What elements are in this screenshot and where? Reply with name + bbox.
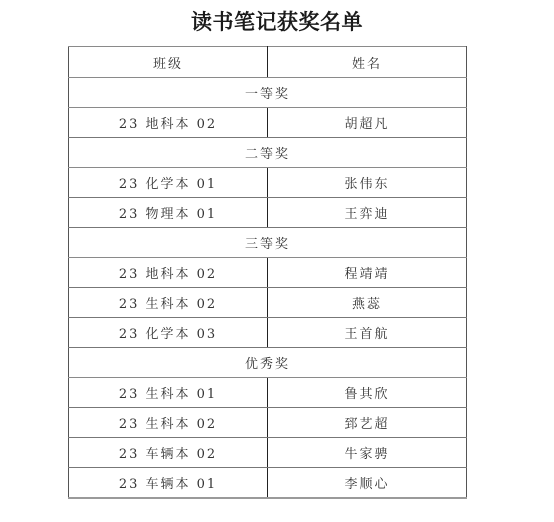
award-label: 三等奖 xyxy=(69,228,467,258)
class-cell: 23 生科本 01 xyxy=(69,378,268,408)
table-header-row: 班级 姓名 xyxy=(69,47,467,78)
award-group-excellence: 优秀奖 xyxy=(69,348,467,378)
name-cell: 牛家骋 xyxy=(268,438,467,468)
award-label: 二等奖 xyxy=(69,138,467,168)
award-label: 优秀奖 xyxy=(69,348,467,378)
table-row: 23 物理本 01 王弈迪 xyxy=(69,198,467,228)
table-row: 23 生科本 02 燕蕊 xyxy=(69,288,467,318)
award-group-third: 三等奖 xyxy=(69,228,467,258)
name-cell: 程靖靖 xyxy=(268,258,467,288)
name-cell: 张伟东 xyxy=(268,168,467,198)
class-cell: 23 生科本 02 xyxy=(69,408,268,438)
class-cell: 23 地科本 02 xyxy=(69,108,268,138)
award-label: 一等奖 xyxy=(69,78,467,108)
class-cell: 23 车辆本 01 xyxy=(69,468,268,499)
class-cell: 23 生科本 02 xyxy=(69,288,268,318)
table-row: 23 车辆本 01 李顺心 xyxy=(69,468,467,499)
page-title: 读书笔记获奖名单 xyxy=(0,8,554,36)
table-row: 23 地科本 02 程靖靖 xyxy=(69,258,467,288)
table-row: 23 生科本 02 郅艺超 xyxy=(69,408,467,438)
name-cell: 王弈迪 xyxy=(268,198,467,228)
table-row: 23 地科本 02 胡超凡 xyxy=(69,108,467,138)
header-class: 班级 xyxy=(69,47,268,78)
table-row: 23 生科本 01 鲁其欣 xyxy=(69,378,467,408)
award-group-first: 一等奖 xyxy=(69,78,467,108)
class-cell: 23 化学本 03 xyxy=(69,318,268,348)
class-cell: 23 地科本 02 xyxy=(69,258,268,288)
name-cell: 胡超凡 xyxy=(268,108,467,138)
name-cell: 王首航 xyxy=(268,318,467,348)
award-group-second: 二等奖 xyxy=(69,138,467,168)
award-list-table: 班级 姓名 一等奖 23 地科本 02 胡超凡 二等奖 23 化学本 01 张伟… xyxy=(68,46,467,499)
header-name: 姓名 xyxy=(268,47,467,78)
name-cell: 鲁其欣 xyxy=(268,378,467,408)
name-cell: 郅艺超 xyxy=(268,408,467,438)
class-cell: 23 车辆本 02 xyxy=(69,438,268,468)
class-cell: 23 物理本 01 xyxy=(69,198,268,228)
table-row: 23 化学本 03 王首航 xyxy=(69,318,467,348)
name-cell: 李顺心 xyxy=(268,468,467,499)
table-row: 23 车辆本 02 牛家骋 xyxy=(69,438,467,468)
class-cell: 23 化学本 01 xyxy=(69,168,268,198)
table-row: 23 化学本 01 张伟东 xyxy=(69,168,467,198)
name-cell: 燕蕊 xyxy=(268,288,467,318)
